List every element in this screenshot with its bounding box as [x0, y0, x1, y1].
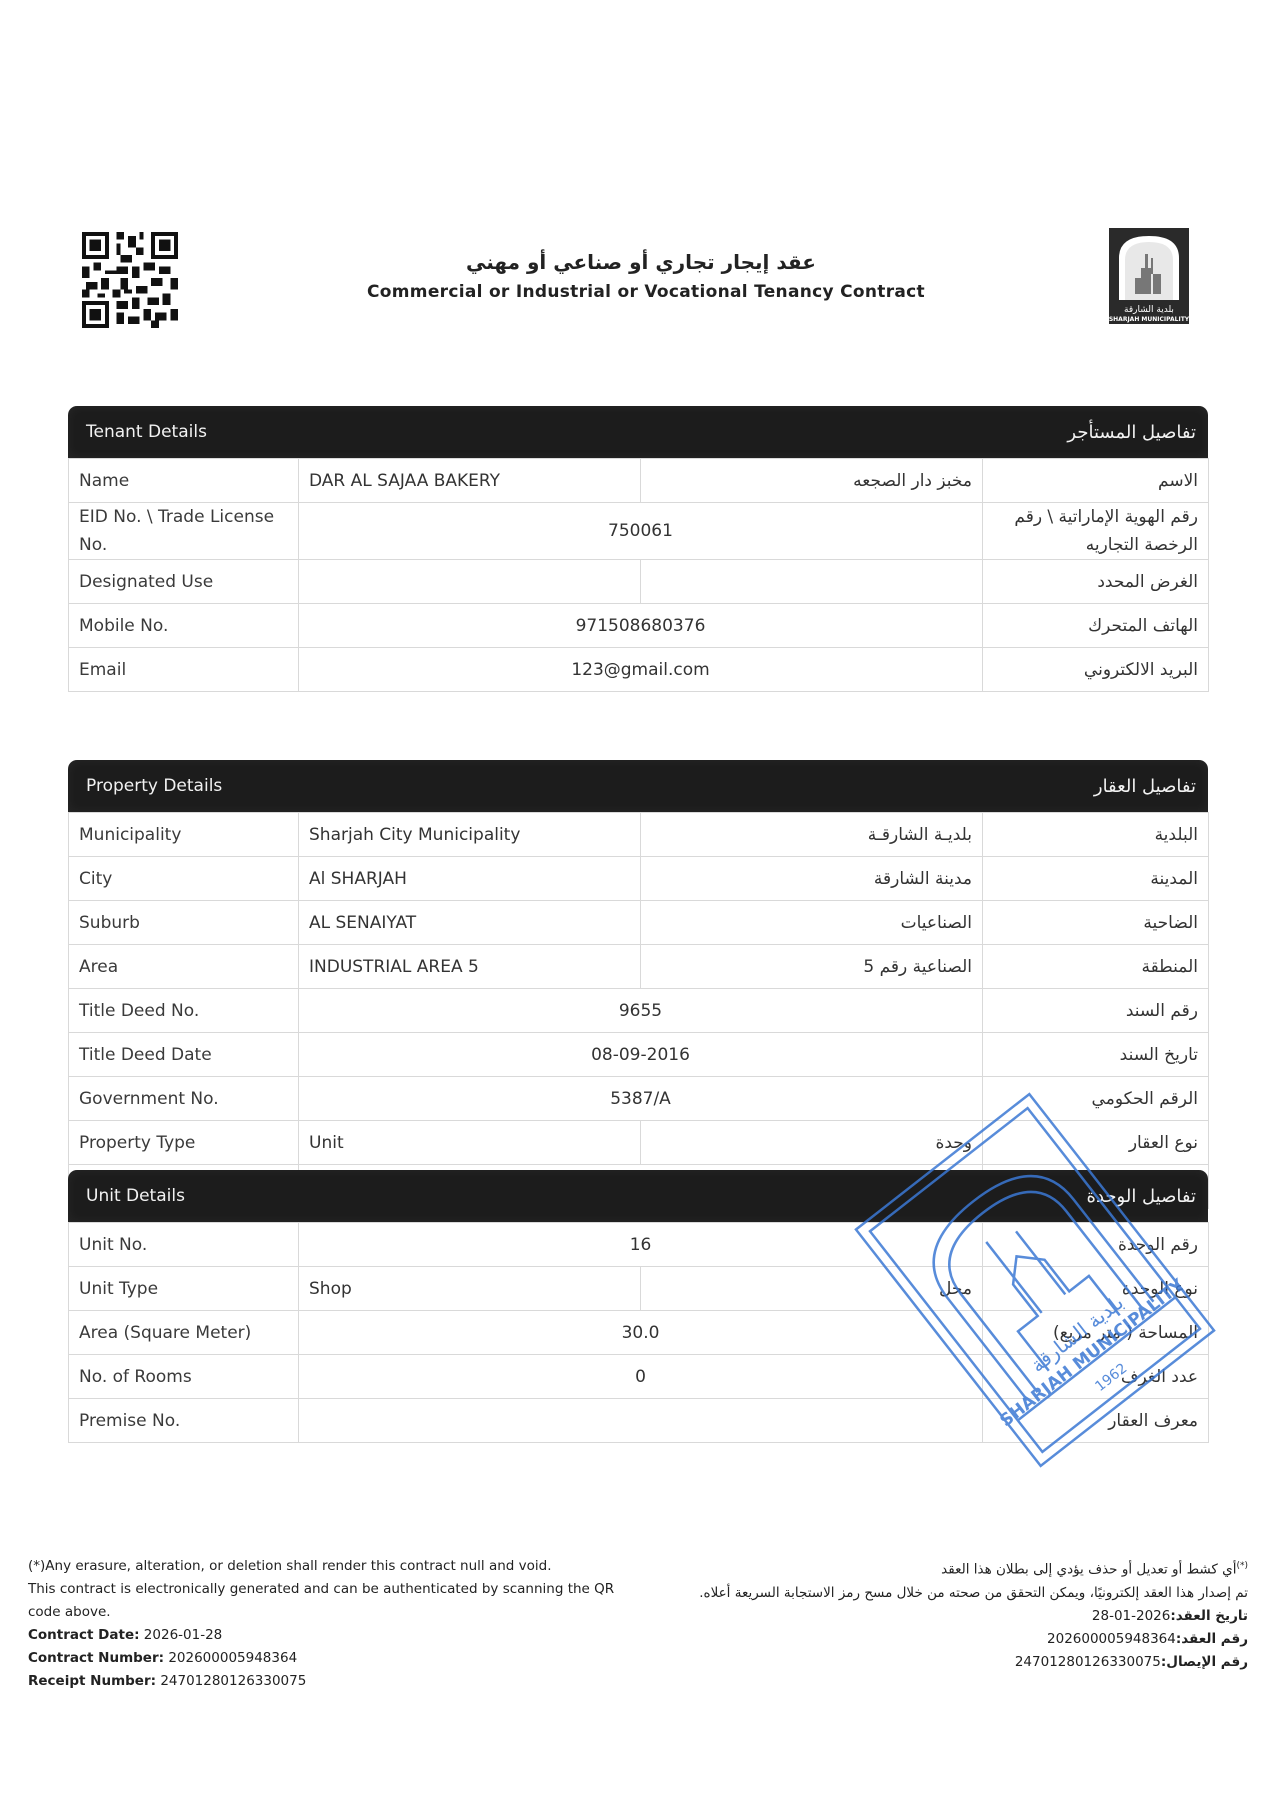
field-label: Suburb [69, 901, 299, 945]
field-label: Premise No. [69, 1399, 299, 1443]
svg-text:SHARJAH MUNICIPALITY: SHARJAH MUNICIPALITY [1109, 316, 1190, 323]
table-row: City Al SHARJAH مدينة الشارقة المدينة [69, 857, 1209, 901]
field-value: 123@gmail.com [299, 648, 983, 692]
table-row: No. of Rooms 0 عدد الغرف [69, 1355, 1209, 1399]
field-label-ar: الاسم [983, 459, 1209, 503]
field-label-ar: الهاتف المتحرك [983, 604, 1209, 648]
field-label-ar: البلدية [983, 813, 1209, 857]
field-label: Municipality [69, 813, 299, 857]
field-value-ar: مدينة الشارقة [641, 857, 983, 901]
section-title-ar: تفاصيل المستأجر [1067, 422, 1196, 443]
field-value: INDUSTRIAL AREA 5 [299, 945, 641, 989]
field-label: Name [69, 459, 299, 503]
contract-date-ar: تاريخ العقد:2026-01-28 [688, 1605, 1248, 1628]
field-label: Title Deed Date [69, 1033, 299, 1077]
field-label: Mobile No. [69, 604, 299, 648]
field-label-ar: نوع العقار [983, 1121, 1209, 1165]
title-english: Commercial or Industrial or Vocational T… [0, 282, 1272, 302]
table-row: Mobile No. 971508680376 الهاتف المتحرك [69, 604, 1209, 648]
table-row: Unit Type Shop محل نوع الوحدة [69, 1267, 1209, 1311]
field-label: No. of Rooms [69, 1355, 299, 1399]
field-label: Property Type [69, 1121, 299, 1165]
field-value-ar [641, 560, 983, 604]
field-value: Sharjah City Municipality [299, 813, 641, 857]
table-row: Suburb AL SENAIYAT الصناعيات الضاحية [69, 901, 1209, 945]
erasure-notice: (*)Any erasure, alteration, or deletion … [28, 1555, 628, 1578]
table-row: Designated Use الغرض المحدد [69, 560, 1209, 604]
tenant-details-table: Name DAR AL SAJAA BAKERY مخبز دار الصجعه… [68, 458, 1209, 692]
table-row: EID No. \ Trade License No. 750061 رقم ا… [69, 503, 1209, 560]
field-label-ar: عدد الغرف [983, 1355, 1209, 1399]
field-label-ar: المساحة ( متر مربع) [983, 1311, 1209, 1355]
receipt-number: Receipt Number: 24701280126330075 [28, 1670, 628, 1693]
section-title-ar: تفاصيل الوحدة [1087, 1186, 1196, 1207]
section-header: Unit Details تفاصيل الوحدة [68, 1170, 1208, 1222]
receipt-number-ar: رقم الإيصال:24701280126330075 [688, 1651, 1248, 1674]
field-value: 9655 [299, 989, 983, 1033]
section-header: Tenant Details تفاصيل المستأجر [68, 406, 1208, 458]
field-label-ar: المنطقة [983, 945, 1209, 989]
section-title-en: Unit Details [86, 1186, 185, 1206]
property-details-section: Property Details تفاصيل العقار Municipal… [68, 760, 1208, 1209]
footer-arabic: (*)أي كشط أو تعديل أو حذف يؤدي إلى بطلان… [688, 1555, 1248, 1674]
unit-details-section: Unit Details تفاصيل الوحدة Unit No. 16 ر… [68, 1170, 1208, 1443]
authentication-notice: This contract is electronically generate… [28, 1578, 628, 1624]
field-label-ar: الضاحية [983, 901, 1209, 945]
field-label: Unit Type [69, 1267, 299, 1311]
section-title-ar: تفاصيل العقار [1094, 776, 1196, 797]
field-value: 971508680376 [299, 604, 983, 648]
table-row: Title Deed No. 9655 رقم السند [69, 989, 1209, 1033]
field-label-ar: البريد الالكتروني [983, 648, 1209, 692]
svg-text:بلدية الشارقة: بلدية الشارقة [1124, 305, 1174, 315]
field-value: 5387/A [299, 1077, 983, 1121]
table-row: Name DAR AL SAJAA BAKERY مخبز دار الصجعه… [69, 459, 1209, 503]
document-header: عقد إيجار تجاري أو صناعي أو مهني Commerc… [0, 0, 1272, 340]
table-row: Area (Square Meter) 30.0 المساحة ( متر م… [69, 1311, 1209, 1355]
field-label-ar: المدينة [983, 857, 1209, 901]
field-value-ar: الصناعية رقم 5 [641, 945, 983, 989]
field-label-ar: تاريخ السند [983, 1033, 1209, 1077]
contract-date: Contract Date: 2026-01-28 [28, 1624, 628, 1647]
title-arabic: عقد إيجار تجاري أو صناعي أو مهني [0, 250, 1272, 274]
sharjah-municipality-logo-icon: بلدية الشارقة SHARJAH MUNICIPALITY [1105, 224, 1193, 328]
field-value: 0 [299, 1355, 983, 1399]
field-value [299, 560, 641, 604]
field-value: 08-09-2016 [299, 1033, 983, 1077]
table-row: Premise No. معرف العقار [69, 1399, 1209, 1443]
field-label: Title Deed No. [69, 989, 299, 1033]
field-value: DAR AL SAJAA BAKERY [299, 459, 641, 503]
section-title-en: Property Details [86, 776, 222, 796]
field-value-ar: مخبز دار الصجعه [641, 459, 983, 503]
qr-code-icon[interactable] [82, 232, 178, 328]
field-value-ar: وحدة [641, 1121, 983, 1165]
field-value: AL SENAIYAT [299, 901, 641, 945]
field-label: Email [69, 648, 299, 692]
field-label: Area [69, 945, 299, 989]
table-row: Government No. 5387/A الرقم الحكومي [69, 1077, 1209, 1121]
field-value-ar: بلديـة الشارقـة [641, 813, 983, 857]
field-label: Designated Use [69, 560, 299, 604]
field-label-ar: رقم الهوية الإماراتية \ رقم الرخصة التجا… [983, 503, 1209, 560]
field-label: EID No. \ Trade License No. [69, 503, 299, 560]
section-header: Property Details تفاصيل العقار [68, 760, 1208, 812]
footer-english: (*)Any erasure, alteration, or deletion … [28, 1555, 628, 1693]
field-value: 750061 [299, 503, 983, 560]
contract-number-ar: رقم العقد:202600005948364 [688, 1628, 1248, 1651]
table-row: Email 123@gmail.com البريد الالكتروني [69, 648, 1209, 692]
field-value-ar: محل [641, 1267, 983, 1311]
table-row: Area INDUSTRIAL AREA 5 الصناعية رقم 5 ال… [69, 945, 1209, 989]
field-value: 30.0 [299, 1311, 983, 1355]
field-label-ar: معرف العقار [983, 1399, 1209, 1443]
field-label: City [69, 857, 299, 901]
table-row: Unit No. 16 رقم الوحدة [69, 1223, 1209, 1267]
tenant-details-section: Tenant Details تفاصيل المستأجر Name DAR … [68, 406, 1208, 692]
field-label-ar: الرقم الحكومي [983, 1077, 1209, 1121]
field-value: Unit [299, 1121, 641, 1165]
field-label: Unit No. [69, 1223, 299, 1267]
field-value: 16 [299, 1223, 983, 1267]
property-details-table: Municipality Sharjah City Municipality ب… [68, 812, 1209, 1209]
unit-details-table: Unit No. 16 رقم الوحدة Unit Type Shop مح… [68, 1222, 1209, 1443]
field-label-ar: رقم السند [983, 989, 1209, 1033]
field-label-ar: رقم الوحدة [983, 1223, 1209, 1267]
table-row: Property Type Unit وحدة نوع العقار [69, 1121, 1209, 1165]
authentication-notice-ar: تم إصدار هذا العقد إلكترونيًا، ويمكن الت… [688, 1582, 1248, 1605]
field-value [299, 1399, 983, 1443]
field-value: Shop [299, 1267, 641, 1311]
field-value: Al SHARJAH [299, 857, 641, 901]
table-row: Title Deed Date 08-09-2016 تاريخ السند [69, 1033, 1209, 1077]
field-label: Government No. [69, 1077, 299, 1121]
table-row: Municipality Sharjah City Municipality ب… [69, 813, 1209, 857]
field-label-ar: نوع الوحدة [983, 1267, 1209, 1311]
field-label: Area (Square Meter) [69, 1311, 299, 1355]
contract-number: Contract Number: 202600005948364 [28, 1647, 628, 1670]
erasure-notice-ar: (*)أي كشط أو تعديل أو حذف يؤدي إلى بطلان… [688, 1555, 1248, 1582]
section-title-en: Tenant Details [86, 422, 207, 442]
field-label-ar: الغرض المحدد [983, 560, 1209, 604]
field-value-ar: الصناعيات [641, 901, 983, 945]
